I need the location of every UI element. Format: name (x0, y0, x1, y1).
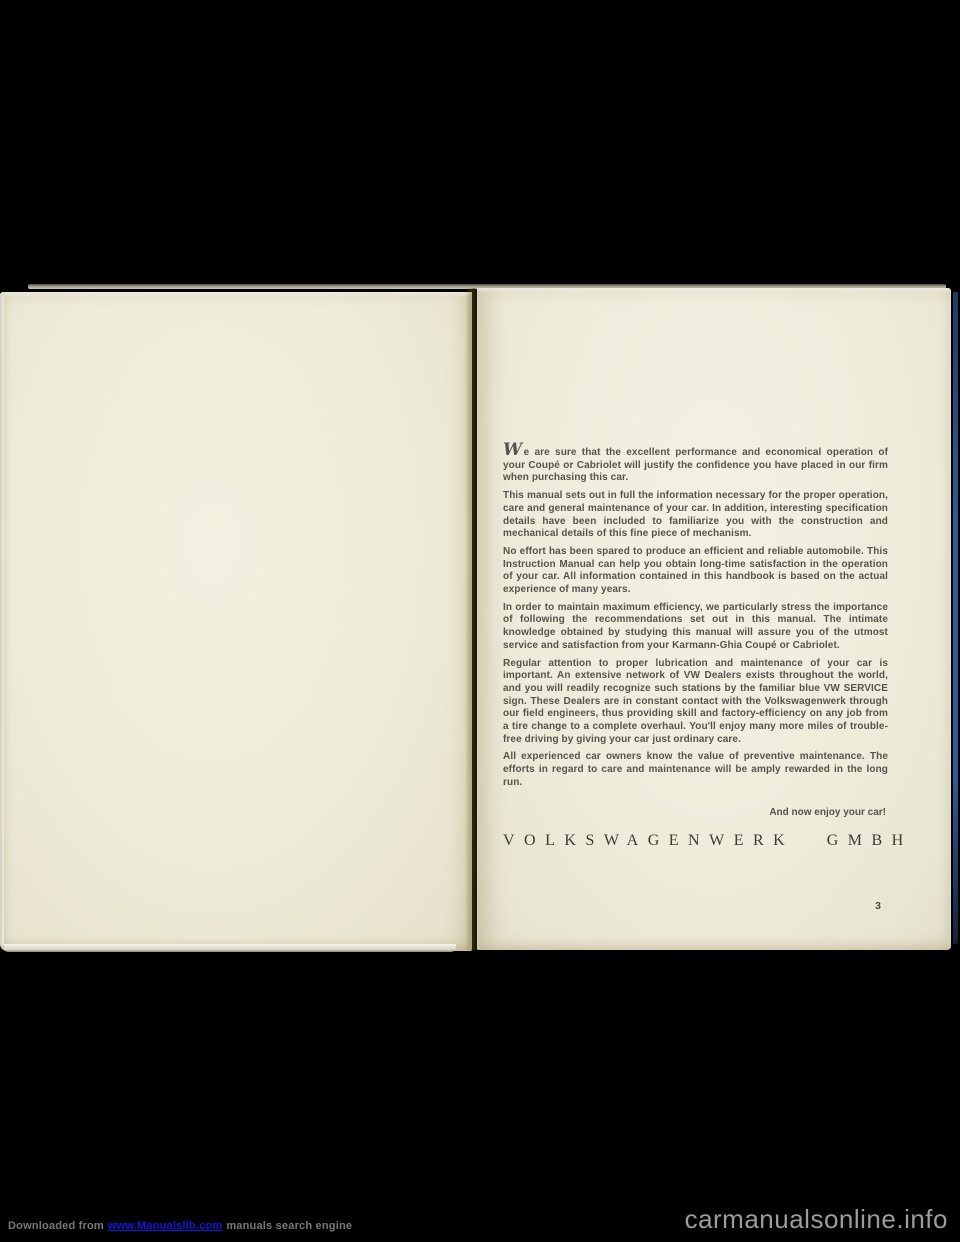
foreword-paragraph: This manual sets out in full the informa… (503, 490, 888, 541)
company-name: VOLKSWAGENWERK GMBH (503, 832, 888, 850)
scanned-manual-viewer: We are sure that the excellent performan… (0, 0, 960, 1242)
manualslib-link[interactable]: www.Manualslib.com (108, 1220, 222, 1232)
manual-left-page-blank (0, 292, 472, 951)
manual-right-page: We are sure that the excellent performan… (477, 288, 951, 950)
foreword-paragraph: Regular attention to proper lubrication … (503, 658, 888, 747)
foreword-text-block: We are sure that the excellent performan… (503, 445, 888, 850)
carmanualsonline-watermark: carmanualsonline.info (685, 1204, 948, 1235)
signoff-text: And now enjoy your car! (503, 807, 886, 818)
left-page-edge (0, 296, 4, 946)
foreword-paragraph: No effort has been spared to produce an … (503, 546, 888, 597)
watermark-prefix-text: Downloaded from (8, 1220, 104, 1232)
watermark-suffix-text: manuals search engine (226, 1220, 352, 1232)
left-page-bottom-edges (4, 944, 456, 952)
foreword-paragraph: In order to maintain maximum efficiency,… (503, 602, 888, 653)
manualslib-watermark: Downloaded fromwww.Manualslib.commanuals… (8, 1220, 352, 1232)
book-cover-edge (953, 292, 958, 944)
page-number: 3 (875, 900, 881, 912)
foreword-paragraph: We are sure that the excellent performan… (503, 445, 888, 485)
foreword-paragraph: All experienced car owners know the valu… (503, 751, 888, 789)
